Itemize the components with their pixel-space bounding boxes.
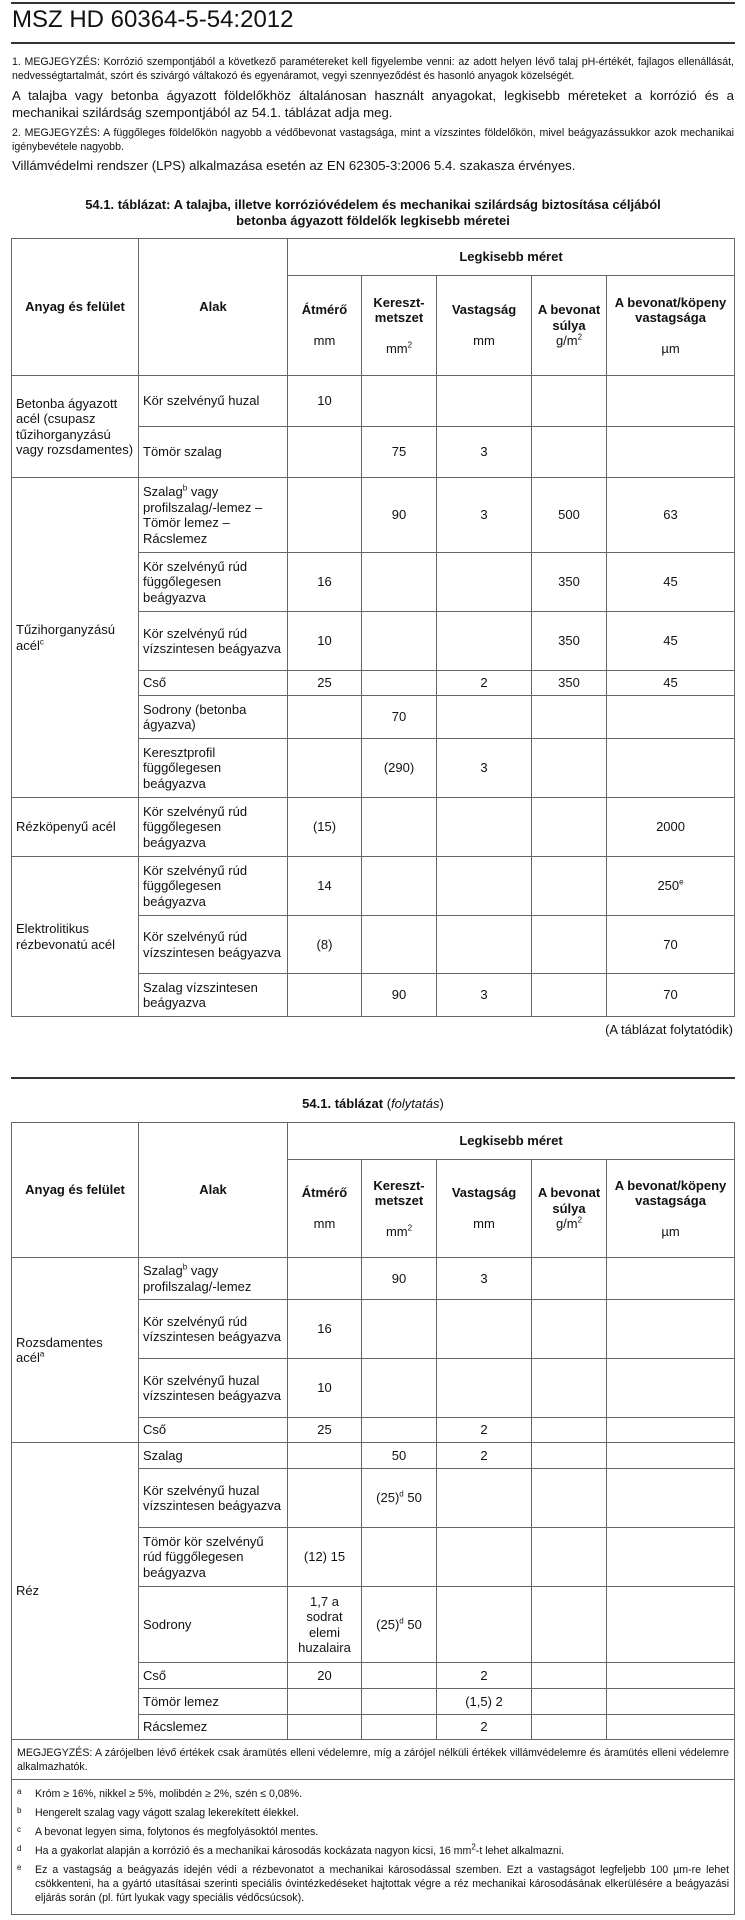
table-row: Rézköpenyű acél Kör szelvényű rúd függől… [12, 798, 735, 857]
col-diameter-header: Átmérőmm [288, 1160, 362, 1258]
material-cell: Betonba ágyazott acél (csupasz tűzihorga… [12, 376, 139, 478]
footnote-d: dHa a gyakorlat alapján a korrózió és a … [17, 1844, 729, 1858]
table-54-1: Anyag és felület Alak Legkisebb méret Át… [11, 238, 735, 1017]
footnote-b: bHengerelt szalag vagy vágott szalag lek… [17, 1806, 729, 1820]
top-rule [11, 2, 735, 4]
col-group-header: Legkisebb méret [288, 239, 735, 276]
material-cell: Tűzihorganyzású acélc [12, 478, 139, 798]
col-diameter-header: Átmérőmm [288, 276, 362, 376]
table1-caption-line1: 54.1. táblázat: A talajba, illetve korró… [11, 197, 735, 213]
col-cross-section-header: Kereszt-metszetmm2 [362, 1160, 437, 1258]
material-cell: Elektrolitikus rézbevonatú acél [12, 857, 139, 1017]
table-row: Elektrolitikus rézbevonatú acél Kör szel… [12, 857, 735, 916]
col-coating-weight-header: A bevonat súlyag/m2 [532, 1160, 607, 1258]
footnote-e: eEz a vastagság a beágyazás idején védi … [17, 1863, 729, 1905]
material-cell: Rézköpenyű acél [12, 798, 139, 857]
table-continues-note: (A táblázat folytatódik) [605, 1022, 733, 1038]
material-cell: Réz [12, 1443, 139, 1740]
col-thickness-header: Vastagságmm [437, 276, 532, 376]
note-1: 1. MEGJEGYZÉS: Korrózió szempontjából a … [12, 55, 734, 83]
table2-caption: 54.1. táblázat (folytatás) [11, 1096, 735, 1112]
footnotes-row: aKróm ≥ 16%, nikkel ≥ 5%, molibdén ≥ 2%,… [12, 1780, 735, 1915]
col-shape-header: Alak [139, 1123, 288, 1258]
table-row: Rozsdamentes acéla Szalagb vagy profilsz… [12, 1258, 735, 1300]
table-note-row: MEGJEGYZÉS: A zárójelben lévő értékek cs… [12, 1740, 735, 1780]
lps-paragraph: Villámvédelmi rendszer (LPS) alkalmazása… [12, 157, 734, 174]
col-coating-weight-header: A bevonat súlyag/m2 [532, 276, 607, 376]
table1-caption-line2: betonba ágyazott földelők legkisebb mére… [11, 213, 735, 229]
table-row: Betonba ágyazott acél (csupasz tűzihorga… [12, 376, 735, 427]
note-2: 2. MEGJEGYZÉS: A függőleges földelőkön n… [12, 126, 734, 154]
table-note: MEGJEGYZÉS: A zárójelben lévő értékek cs… [12, 1740, 735, 1780]
col-shape-header: Alak [139, 239, 288, 376]
header-rule [11, 42, 735, 44]
footnote-c: cA bevonat legyen sima, folytonos és meg… [17, 1825, 729, 1839]
col-coating-thickness-header: A bevonat/köpeny vastagságaµm [607, 276, 735, 376]
col-thickness-header: Vastagságmm [437, 1160, 532, 1258]
col-coating-thickness-header: A bevonat/köpeny vastagságaµm [607, 1160, 735, 1258]
page-break-rule [11, 1077, 735, 1079]
table-row: Tűzihorganyzású acélc Szalagb vagy profi… [12, 478, 735, 553]
col-material-header: Anyag és felület [12, 239, 139, 376]
col-cross-section-header: Kereszt-metszetmm2 [362, 276, 437, 376]
col-material-header: Anyag és felület [12, 1123, 139, 1258]
table1-caption: 54.1. táblázat: A talajba, illetve korró… [11, 197, 735, 229]
table-row: Réz Szalag 50 2 [12, 1443, 735, 1469]
material-cell: Rozsdamentes acéla [12, 1258, 139, 1443]
footnotes: aKróm ≥ 16%, nikkel ≥ 5%, molibdén ≥ 2%,… [12, 1780, 735, 1915]
col-group-header: Legkisebb méret [288, 1123, 735, 1160]
intro-paragraph: A talajba vagy betonba ágyazott földelők… [12, 87, 734, 121]
document-title: MSZ HD 60364-5-54:2012 [12, 5, 293, 35]
table-54-1-continued: Anyag és felület Alak Legkisebb méret Át… [11, 1122, 735, 1915]
footnote-a: aKróm ≥ 16%, nikkel ≥ 5%, molibdén ≥ 2%,… [17, 1787, 729, 1801]
